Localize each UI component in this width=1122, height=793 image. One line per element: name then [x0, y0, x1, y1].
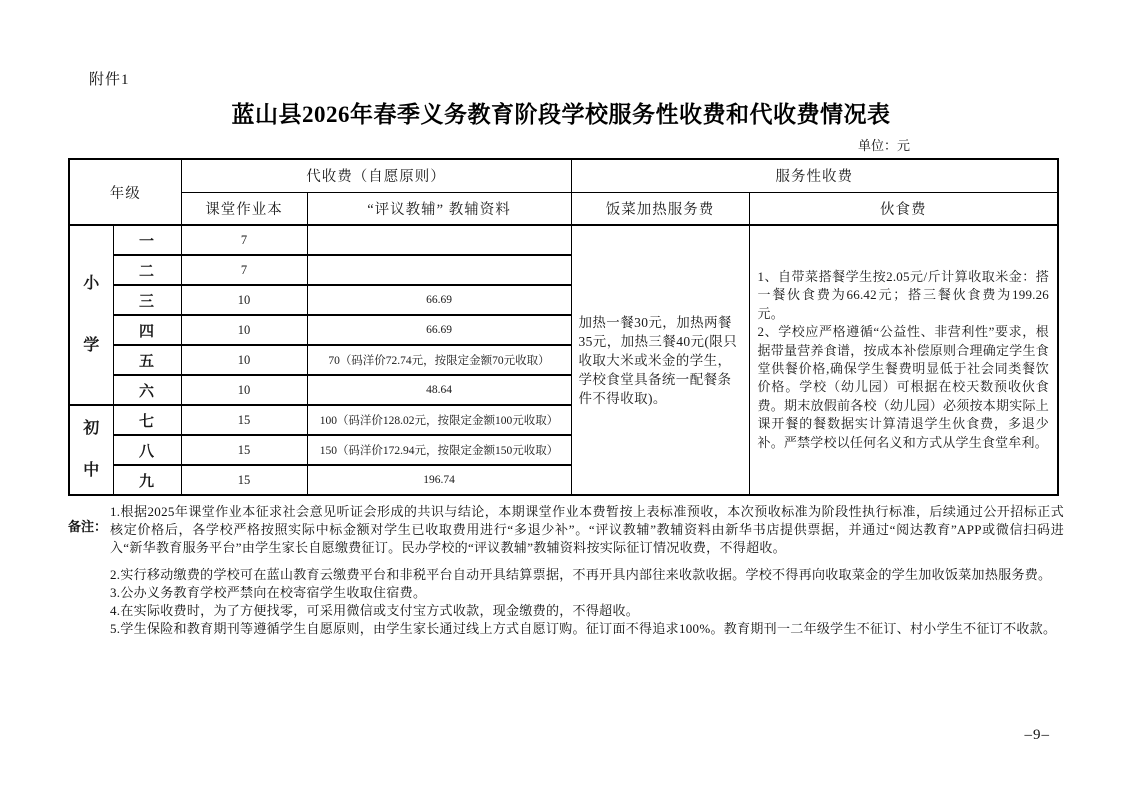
materials-fee-cell: 66.69 [307, 315, 571, 345]
fee-table: 年级 代收费（自愿原则） 服务性收费 课堂作业本 “评议教辅” 教辅资料 饭菜加… [68, 158, 1059, 496]
materials-fee-cell: 48.64 [307, 375, 571, 405]
heating-fee-text: 加热一餐30元，加热两餐35元，加热三餐40元(限只收取大米或米金的学生，学校食… [579, 313, 742, 408]
notes-section: 备注： 1.根据2025年课堂作业本征求社会意见听证会形成的共识与结论，本期课堂… [68, 503, 1064, 638]
materials-fee-cell: 150（码洋价172.94元，按限定金额150元收取） [307, 435, 571, 465]
note-item-5: 5.学生保险和教育期刊等遵循学生自愿原则，由学生家长通过线上方式自愿订购。征订面… [110, 620, 1064, 638]
meal-fee-paragraph-2: 2、学校应严格遵循“公益性、非营利性”要求，根据带量营养食谱，按成本补偿原则合理… [758, 323, 1050, 452]
notes-body: 1.根据2025年课堂作业本征求社会意见听证会形成的共识与结论，本期课堂作业本费… [110, 503, 1064, 638]
section-label-junior: 初中 [69, 405, 113, 495]
header-row-columns: 课堂作业本 “评议教辅” 教辅资料 饭菜加热服务费 伙食费 [69, 192, 1058, 225]
note-item-1: 1.根据2025年课堂作业本征求社会意见听证会形成的共识与结论，本期课堂作业本费… [110, 503, 1064, 557]
section-label-primary-text: 小学 [82, 253, 101, 377]
materials-fee-cell: 66.69 [307, 285, 571, 315]
header-grade: 年级 [69, 159, 181, 225]
workbook-fee-cell: 15 [181, 405, 307, 435]
grade-cell: 四 [113, 315, 181, 345]
meal-fee-paragraph-1: 1、自带菜搭餐学生按2.05元/斤计算收取米金：搭一餐伙食费为66.42元；搭三… [758, 268, 1050, 323]
workbook-fee-cell: 10 [181, 375, 307, 405]
grade-cell: 八 [113, 435, 181, 465]
materials-fee-cell: 70（码洋价72.74元，按限定金额70元收取） [307, 345, 571, 375]
workbook-fee-cell: 15 [181, 435, 307, 465]
workbook-fee-cell: 10 [181, 285, 307, 315]
materials-fee-cell: 100（码洋价128.02元，按限定金额100元收取） [307, 405, 571, 435]
grade-cell: 一 [113, 225, 181, 255]
workbook-fee-cell: 7 [181, 225, 307, 255]
attachment-label: 附件1 [89, 68, 130, 89]
page-number: –9– [1025, 727, 1051, 744]
notes-label: 备注： [68, 518, 110, 536]
header-materials: “评议教辅” 教辅资料 [307, 192, 571, 225]
section-label-primary: 小学 [69, 225, 113, 405]
meal-fee-cell: 1、自带菜搭餐学生按2.05元/斤计算收取米金：搭一餐伙食费为66.42元；搭三… [749, 225, 1058, 495]
heating-fee-cell: 加热一餐30元，加热两餐35元，加热三餐40元(限只收取大米或米金的学生，学校食… [571, 225, 749, 495]
header-row-groups: 年级 代收费（自愿原则） 服务性收费 [69, 159, 1058, 192]
unit-label: 单位：元 [858, 135, 910, 154]
workbook-fee-cell: 10 [181, 345, 307, 375]
header-workbook: 课堂作业本 [181, 192, 307, 225]
materials-fee-cell: 196.74 [307, 465, 571, 495]
section-label-junior-text: 初中 [82, 408, 101, 492]
workbook-fee-cell: 7 [181, 255, 307, 285]
grade-cell: 五 [113, 345, 181, 375]
header-heating: 饭菜加热服务费 [571, 192, 749, 225]
materials-fee-cell [307, 255, 571, 285]
page-title: 蓝山县2026年春季义务教育阶段学校服务性收费和代收费情况表 [0, 96, 1122, 129]
document-page: 附件1 蓝山县2026年春季义务教育阶段学校服务性收费和代收费情况表 单位：元 … [0, 0, 1122, 793]
note-item-3: 3.公办义务教育学校严禁向在校寄宿学生收取住宿费。 [110, 584, 1064, 602]
grade-cell: 七 [113, 405, 181, 435]
header-collect-group: 代收费（自愿原则） [181, 159, 571, 192]
grade-cell: 九 [113, 465, 181, 495]
grade-cell: 三 [113, 285, 181, 315]
grade-cell: 二 [113, 255, 181, 285]
workbook-fee-cell: 15 [181, 465, 307, 495]
materials-fee-cell [307, 225, 571, 255]
grade-cell: 六 [113, 375, 181, 405]
note-item-2: 2.实行移动缴费的学校可在蓝山教育云缴费平台和非税平台自动开具结算票据，不再开具… [110, 566, 1064, 584]
workbook-fee-cell: 10 [181, 315, 307, 345]
note-item-4: 4.在实际收费时，为了方便找零，可采用微信或支付宝方式收款，现金缴费的，不得超收… [110, 602, 1064, 620]
header-service-group: 服务性收费 [571, 159, 1058, 192]
header-meal: 伙食费 [749, 192, 1058, 225]
table-row-grade-1: 小学 一 7 加热一餐30元，加热两餐35元，加热三餐40元(限只收取大米或米金… [69, 225, 1058, 255]
